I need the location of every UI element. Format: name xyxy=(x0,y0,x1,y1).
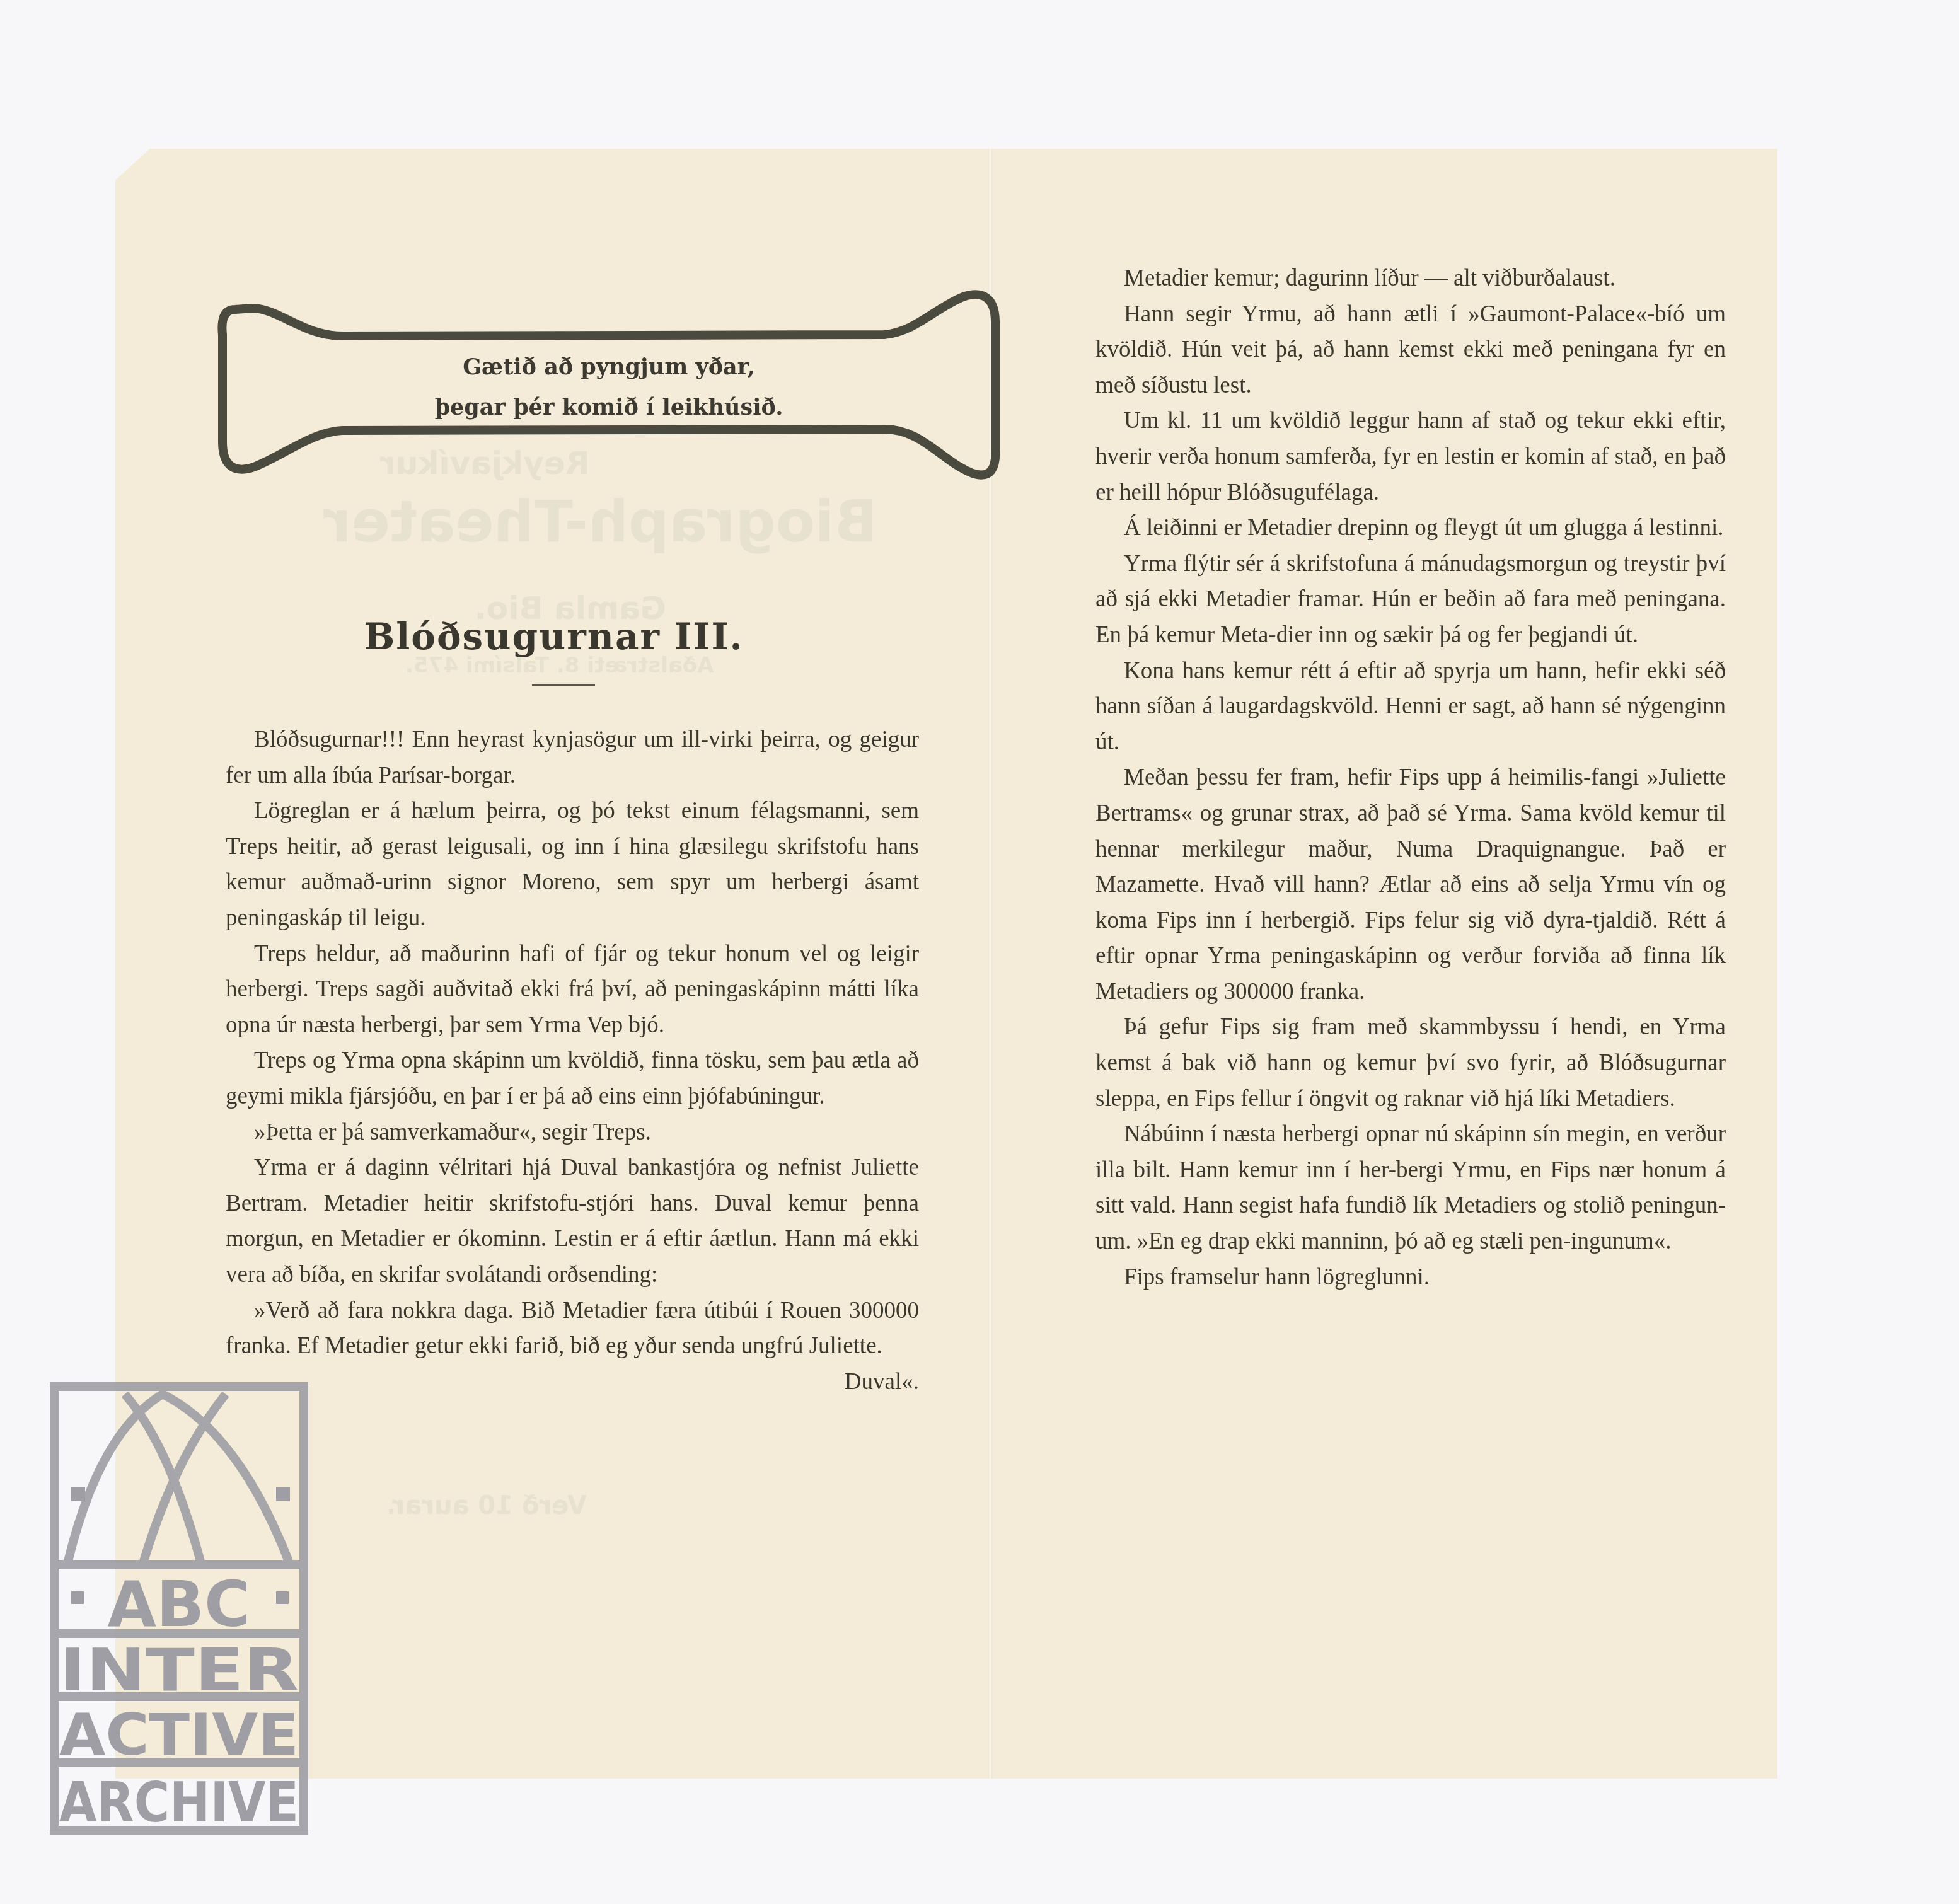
logo-text-archive: ARCHIVE xyxy=(59,1770,299,1835)
bleed-through-print: Biograph-Theater xyxy=(323,489,877,555)
right-column: Metadier kemur; dagurinn líður — alt við… xyxy=(1095,261,1726,1295)
paragraph: Þá gefur Fips sig fram með skammbyssu í … xyxy=(1095,1010,1726,1117)
paragraph: »Þetta er þá samverkamaður«, segir Treps… xyxy=(226,1115,919,1151)
paragraph: Meðan þessu fer fram, hefir Fips upp á h… xyxy=(1095,760,1726,1010)
paragraph: Yrma flýtir sér á skrifstofuna á mánudag… xyxy=(1095,546,1726,654)
paragraph: Metadier kemur; dagurinn líður — alt við… xyxy=(1095,261,1726,297)
paragraph: Kona hans kemur rétt á eftir að spyrja u… xyxy=(1095,654,1726,761)
signature: Duval«. xyxy=(226,1365,919,1400)
logo-text-inter: INTER xyxy=(59,1637,299,1704)
left-column: Blóðsugurnar!!! Enn heyrast kynjasögur u… xyxy=(226,722,919,1400)
paragraph: Treps heldur, að maðurinn hafi of fjár o… xyxy=(226,937,919,1044)
program-leaflet: Reykjavíkur Biograph-Theater Gamla Bio. … xyxy=(115,149,1777,1779)
archive-logo-icon: ABC INTER ACTIVE ARCHIVE xyxy=(49,1382,309,1835)
title-divider xyxy=(532,684,595,686)
notice-line-1: Gætið að pyngjum yðar, xyxy=(216,347,1002,388)
paragraph: Nábúinn í næsta herbergi opnar nú skápin… xyxy=(1095,1117,1726,1259)
paragraph: Fips framselur hann lögreglunni. xyxy=(1095,1260,1726,1296)
paragraph: Lögreglan er á hælum þeirra, og þó tekst… xyxy=(226,793,919,936)
paragraph: Hann segir Yrmu, að hann ætli í »Gaumont… xyxy=(1095,297,1726,404)
paragraph: Blóðsugurnar!!! Enn heyrast kynjasögur u… xyxy=(226,722,919,793)
paragraph: »Verð að fara nokkra daga. Bið Metadier … xyxy=(226,1293,919,1365)
notice-line-2: þegar þér komið í leikhúsið. xyxy=(216,388,1002,428)
paragraph: Um kl. 11 um kvöldið leggur hann af stað… xyxy=(1095,403,1726,511)
logo-text-active: ACTIVE xyxy=(59,1702,299,1768)
bleed-through-print: Verð 10 aurar. xyxy=(386,1491,587,1520)
page-title: Blóðsugurnar III. xyxy=(115,615,992,658)
paragraph: Treps og Yrma opna skápinn um kvöldið, f… xyxy=(226,1043,919,1114)
paragraph: Yrma er á daginn vélritari hjá Duval ban… xyxy=(226,1150,919,1293)
archive-logo: ABC INTER ACTIVE ARCHIVE xyxy=(49,1382,309,1835)
notice-box: Gætið að pyngjum yðar, þegar þér komið í… xyxy=(216,284,1002,486)
logo-text-abc: ABC xyxy=(107,1567,250,1641)
paragraph: Á leiðinni er Metadier drepinn og fleygt… xyxy=(1095,511,1726,546)
